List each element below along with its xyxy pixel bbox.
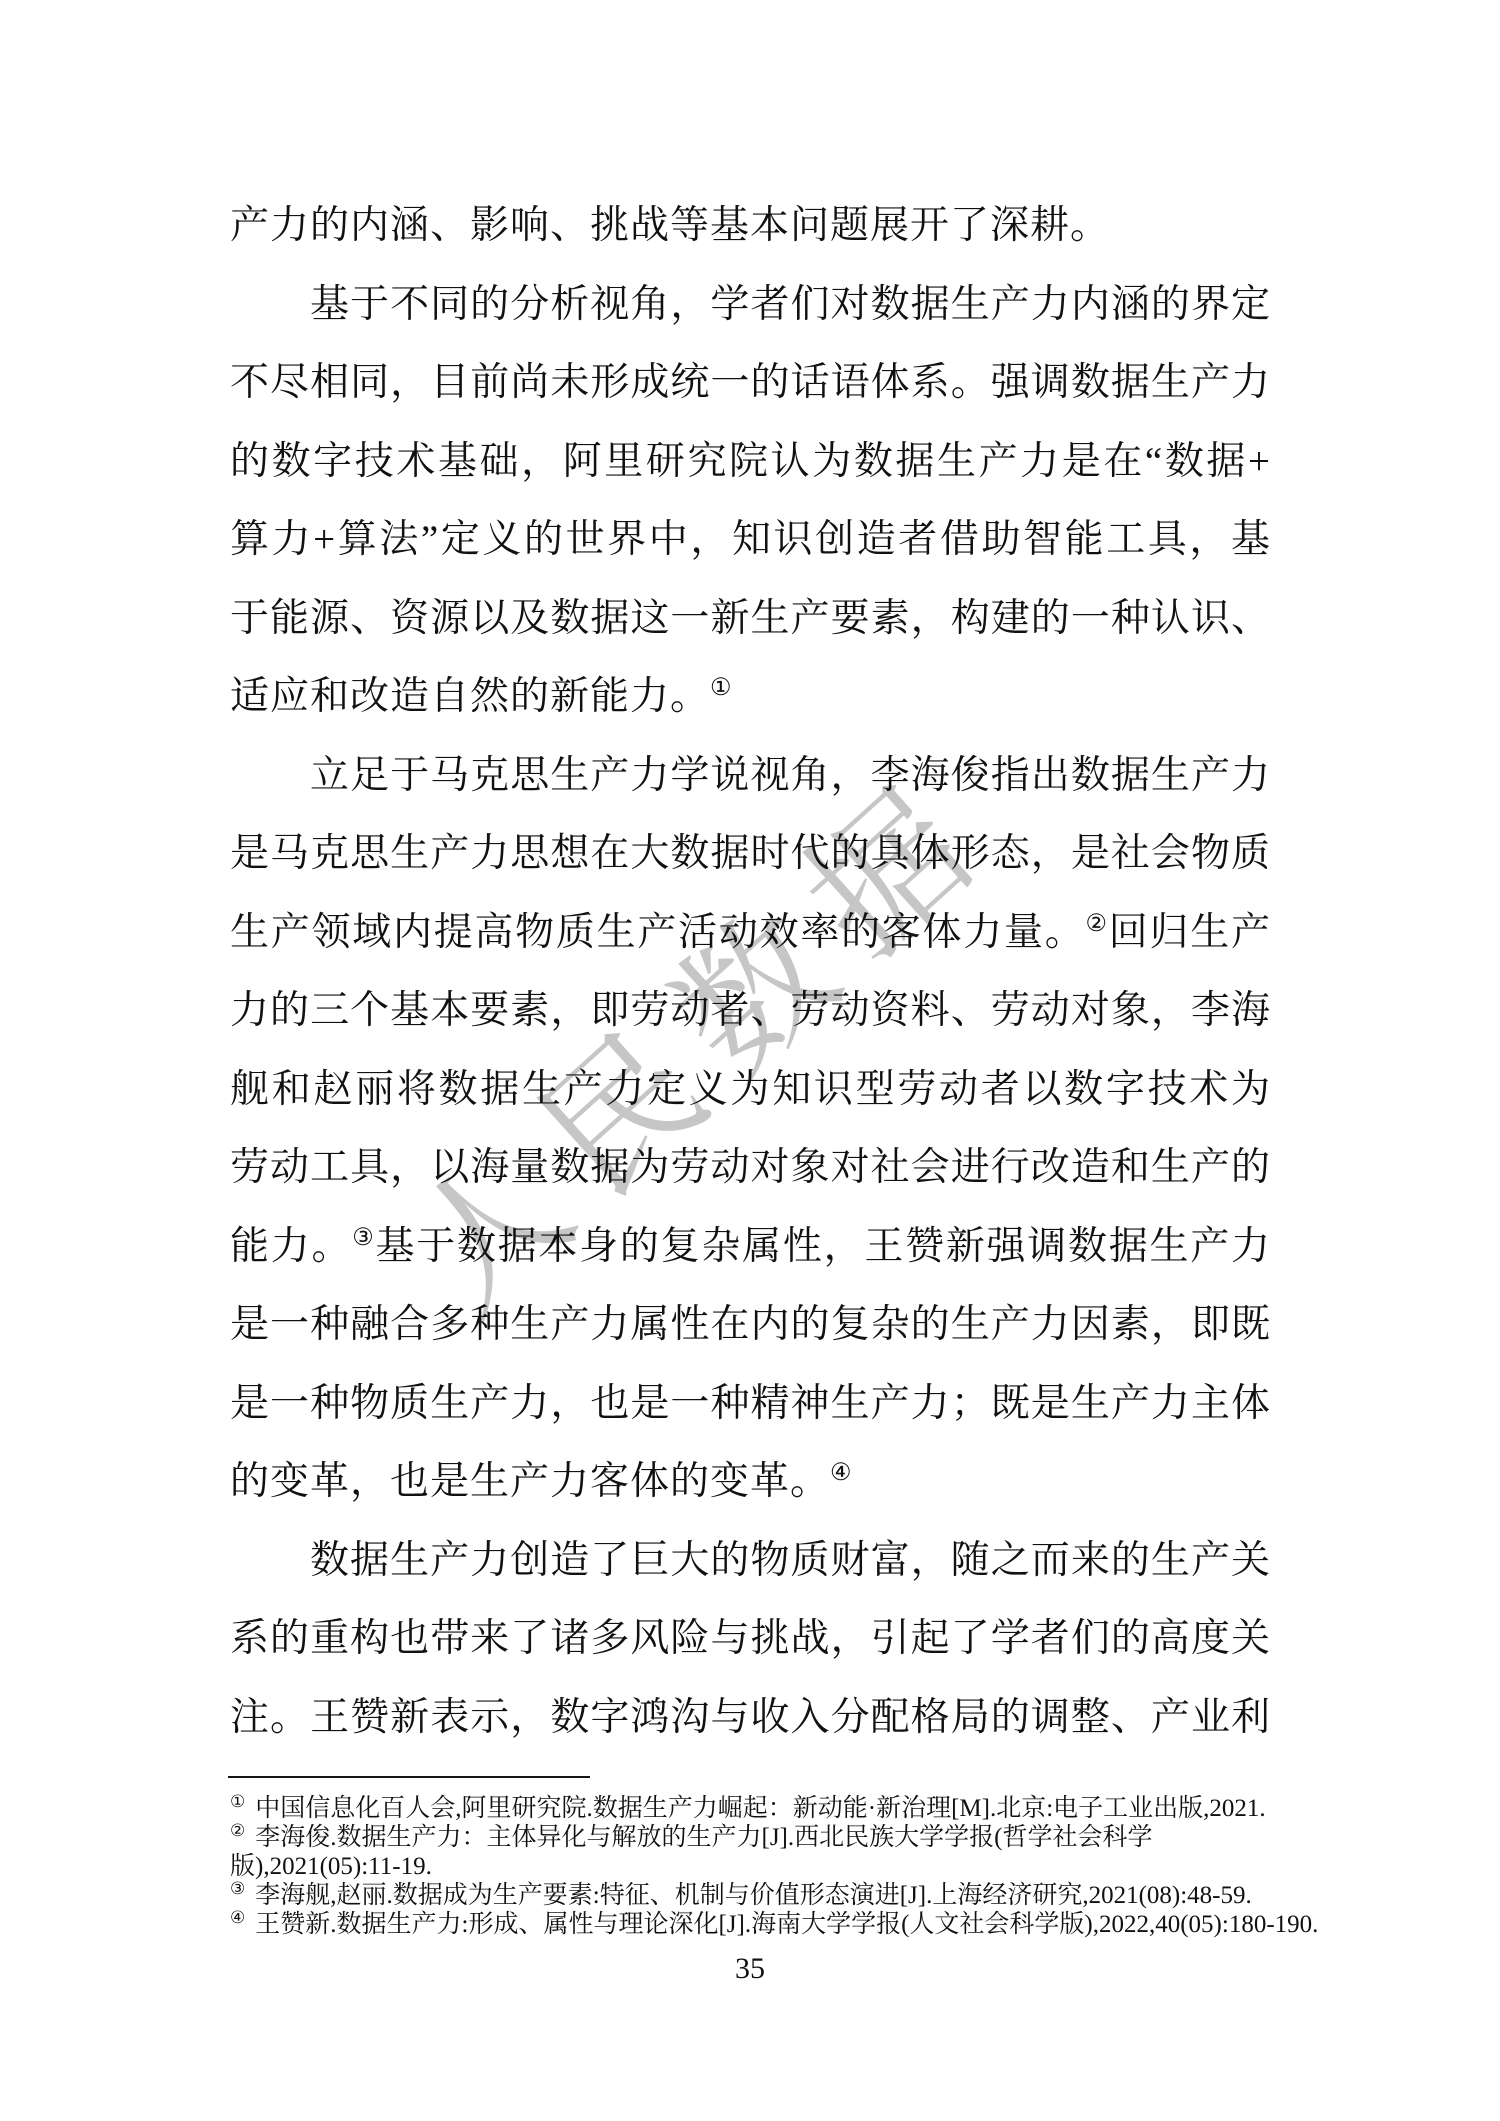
footnote-marker: ① bbox=[230, 1792, 245, 1811]
footnote-text: 王赞新.数据生产力:形成、属性与理论深化[J].海南大学学报(人文社会科学版),… bbox=[255, 1911, 1318, 1938]
page-number: 35 bbox=[0, 1952, 1500, 1986]
body-line-text: 适应和改造自然的新能力。 bbox=[230, 675, 710, 718]
body-line: 的数字技术基础，阿里研究院认为数据生产力是在“数据+ bbox=[230, 423, 1270, 502]
body-line: 舰和赵丽将数据生产力定义为知识型劳动者以数字技术为 bbox=[230, 1051, 1270, 1130]
footnote-separator bbox=[228, 1776, 590, 1778]
body-text: 产力的内涵、影响、挑战等基本问题展开了深耕。基于不同的分析视角，学者们对数据生产… bbox=[230, 187, 1270, 1757]
body-line: 数据生产力创造了巨大的物质财富，随之而来的生产关 bbox=[230, 1522, 1270, 1601]
footnote-marker: ③ bbox=[230, 1879, 245, 1898]
body-line-text: 基于不同的分析视角，学者们对数据生产力内涵的界定 bbox=[310, 283, 1270, 326]
footnote-text: 李海俊.数据生产力：主体异化与解放的生产力[J].西北民族大学学报(哲学社会科学 bbox=[255, 1824, 1152, 1851]
body-line: 力的三个基本要素，即劳动者、劳动资料、劳动对象，李海 bbox=[230, 972, 1270, 1051]
footnote-text: 版),2021(05):11-19. bbox=[230, 1853, 432, 1880]
body-line: 的变革，也是生产力客体的变革。④ bbox=[230, 1443, 1270, 1522]
body-line: 注。王赞新表示，数字鸿沟与收入分配格局的调整、产业利 bbox=[230, 1679, 1270, 1758]
footnote-line: 版),2021(05):11-19. bbox=[230, 1852, 1275, 1881]
body-line: 是一种融合多种生产力属性在内的复杂的生产力因素，即既 bbox=[230, 1286, 1270, 1365]
footnote-text: 李海舰,赵丽.数据成为生产要素:特征、机制与价值形态演进[J].上海经济研究,2… bbox=[255, 1882, 1252, 1909]
body-line-text: 的数字技术基础，阿里研究院认为数据生产力是在“数据+ bbox=[230, 440, 1270, 483]
body-line-text: 能力。 bbox=[230, 1225, 352, 1268]
body-line: 适应和改造自然的新能力。① bbox=[230, 658, 1270, 737]
body-line-text: 生产领域内提高物质生产活动效率的客体力量。 bbox=[230, 911, 1086, 954]
footnote-line: ④王赞新.数据生产力:形成、属性与理论深化[J].海南大学学报(人文社会科学版)… bbox=[230, 1910, 1275, 1939]
body-line-text: 系的重构也带来了诸多风险与挑战，引起了学者们的高度关 bbox=[230, 1617, 1270, 1660]
footnote-ref: ② bbox=[1086, 911, 1109, 937]
footnote-ref: ③ bbox=[352, 1225, 375, 1251]
footnote-ref: ④ bbox=[830, 1460, 852, 1486]
body-line: 系的重构也带来了诸多风险与挑战，引起了学者们的高度关 bbox=[230, 1600, 1270, 1679]
footnote-line: ②李海俊.数据生产力：主体异化与解放的生产力[J].西北民族大学学报(哲学社会科… bbox=[230, 1823, 1275, 1852]
body-line-text: 产力的内涵、影响、挑战等基本问题展开了深耕。 bbox=[230, 204, 1110, 247]
body-line: 劳动工具，以海量数据为劳动对象对社会进行改造和生产的 bbox=[230, 1129, 1270, 1208]
body-line-text: 是一种融合多种生产力属性在内的复杂的生产力因素，即既 bbox=[230, 1303, 1270, 1346]
body-line: 生产领域内提高物质生产活动效率的客体力量。②回归生产 bbox=[230, 894, 1270, 973]
body-line-text: 劳动工具，以海量数据为劳动对象对社会进行改造和生产的 bbox=[230, 1146, 1270, 1189]
body-line-text: 是一种物质生产力，也是一种精神生产力；既是生产力主体 bbox=[230, 1382, 1270, 1425]
body-line-text: 立足于马克思生产力学说视角，李海俊指出数据生产力 bbox=[310, 754, 1270, 797]
body-line-text: 不尽相同，目前尚未形成统一的话语体系。强调数据生产力 bbox=[230, 361, 1270, 404]
body-line-text: 于能源、资源以及数据这一新生产要素，构建的一种认识、 bbox=[230, 597, 1270, 640]
body-line-text: 是马克思生产力思想在大数据时代的具体形态，是社会物质 bbox=[230, 832, 1270, 875]
body-line: 产力的内涵、影响、挑战等基本问题展开了深耕。 bbox=[230, 187, 1270, 266]
footnote-marker: ② bbox=[230, 1821, 245, 1840]
footnote-ref: ① bbox=[710, 675, 732, 701]
body-line: 是马克思生产力思想在大数据时代的具体形态，是社会物质 bbox=[230, 815, 1270, 894]
document-page: 人民数据 产力的内涵、影响、挑战等基本问题展开了深耕。基于不同的分析视角，学者们… bbox=[0, 0, 1500, 2121]
body-line: 能力。③基于数据本身的复杂属性，王赞新强调数据生产力 bbox=[230, 1208, 1270, 1287]
body-line: 立足于马克思生产力学说视角，李海俊指出数据生产力 bbox=[230, 737, 1270, 816]
footnote-line: ③李海舰,赵丽.数据成为生产要素:特征、机制与价值形态演进[J].上海经济研究,… bbox=[230, 1881, 1275, 1910]
body-line-text: 的变革，也是生产力客体的变革。 bbox=[230, 1460, 830, 1503]
body-line: 基于不同的分析视角，学者们对数据生产力内涵的界定 bbox=[230, 266, 1270, 345]
body-line: 是一种物质生产力，也是一种精神生产力；既是生产力主体 bbox=[230, 1365, 1270, 1444]
body-line: 算力+算法”定义的世界中，知识创造者借助智能工具，基 bbox=[230, 501, 1270, 580]
footnote-line: ①中国信息化百人会,阿里研究院.数据生产力崛起：新动能·新治理[M].北京:电子… bbox=[230, 1794, 1275, 1823]
footnotes: ①中国信息化百人会,阿里研究院.数据生产力崛起：新动能·新治理[M].北京:电子… bbox=[230, 1794, 1275, 1939]
body-line-text: 数据生产力创造了巨大的物质财富，随之而来的生产关 bbox=[310, 1539, 1270, 1582]
body-line: 于能源、资源以及数据这一新生产要素，构建的一种认识、 bbox=[230, 580, 1270, 659]
footnote-text: 中国信息化百人会,阿里研究院.数据生产力崛起：新动能·新治理[M].北京:电子工… bbox=[255, 1795, 1265, 1822]
body-line-text: 回归生产 bbox=[1109, 911, 1270, 954]
body-line-text: 算力+算法”定义的世界中，知识创造者借助智能工具，基 bbox=[230, 518, 1270, 561]
body-line-text: 注。王赞新表示，数字鸿沟与收入分配格局的调整、产业利 bbox=[230, 1696, 1270, 1739]
body-line-text: 力的三个基本要素，即劳动者、劳动资料、劳动对象，李海 bbox=[230, 989, 1270, 1032]
body-line-text: 舰和赵丽将数据生产力定义为知识型劳动者以数字技术为 bbox=[230, 1068, 1270, 1111]
footnote-marker: ④ bbox=[230, 1908, 245, 1927]
body-line: 不尽相同，目前尚未形成统一的话语体系。强调数据生产力 bbox=[230, 344, 1270, 423]
body-line-text: 基于数据本身的复杂属性，王赞新强调数据生产力 bbox=[375, 1225, 1270, 1268]
